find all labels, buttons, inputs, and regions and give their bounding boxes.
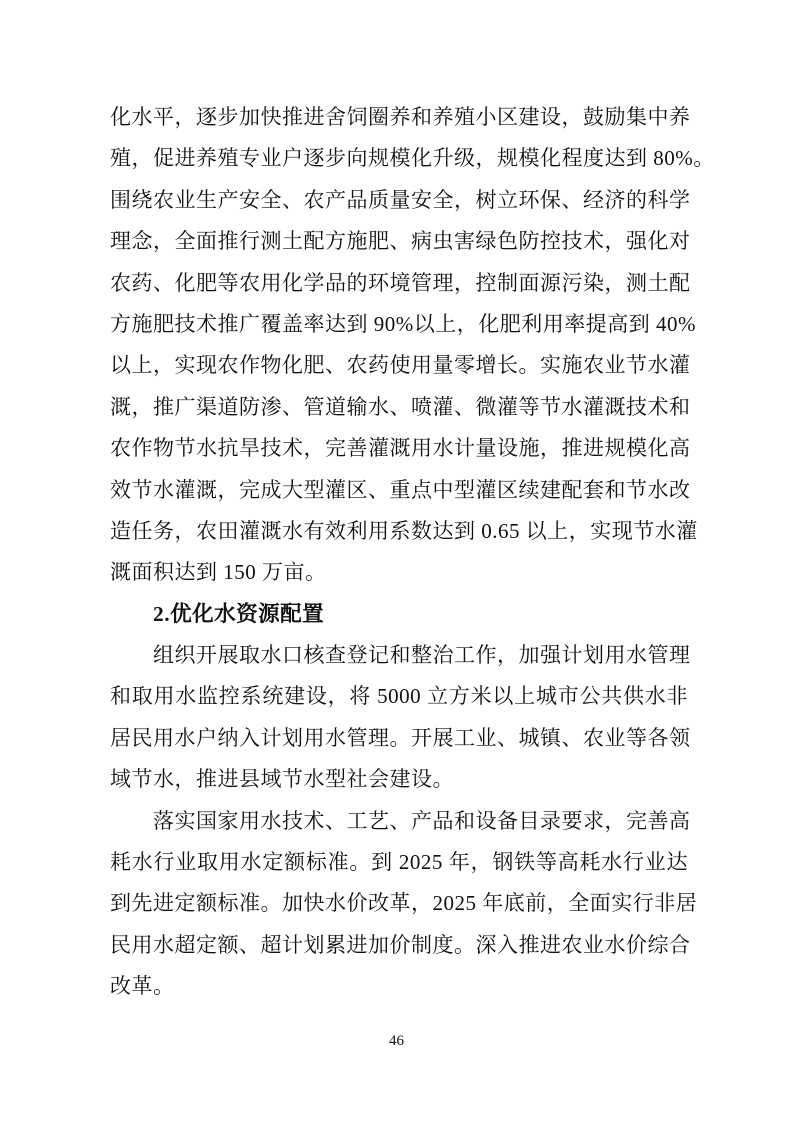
paragraph-line: 溉面积达到 150 万亩。 xyxy=(110,552,688,593)
paragraph-line: 农药、化肥等农用化学品的环境管理，控制面源污染，测土配 xyxy=(110,263,688,304)
paragraph-line: 到先进定额标准。加快水价改革，2025 年底前，全面实行非居 xyxy=(110,883,688,924)
paragraph-line: 效节水灌溉，完成大型灌区、重点中型灌区续建配套和节水改 xyxy=(110,470,688,511)
paragraph-line: 组织开展取水口核查登记和整治工作，加强计划用水管理 xyxy=(110,635,688,676)
paragraph-line: 农作物节水抗旱技术，完善灌溉用水计量设施，推进规模化高 xyxy=(110,428,688,469)
section-heading: 2.优化水资源配置 xyxy=(110,594,688,635)
paragraph-line: 和取用水监控系统建设，将 5000 立方米以上城市公共供水非 xyxy=(110,676,688,717)
paragraph-line: 落实国家用水技术、工艺、产品和设备目录要求，完善高 xyxy=(110,801,688,842)
paragraph-line: 以上，实现农作物化肥、农药使用量零增长。实施农业节水灌 xyxy=(110,345,688,386)
paragraph-line: 殖，促进养殖专业户逐步向规模化升级，规模化程度达到 80%。 xyxy=(110,138,688,179)
paragraph-line: 化水平，逐步加快推进舍饲圈养和养殖小区建设，鼓励集中养 xyxy=(110,97,688,138)
paragraph-line: 域节水，推进县域节水型社会建设。 xyxy=(110,759,688,800)
paragraph-3: 落实国家用水技术、工艺、产品和设备目录要求，完善高 耗水行业取用水定额标准。到 … xyxy=(110,801,688,1008)
paragraph-line: 居民用水户纳入计划用水管理。开展工业、城镇、农业等各领 xyxy=(110,718,688,759)
paragraph-line: 造任务，农田灌溉水有效利用系数达到 0.65 以上，实现节水灌 xyxy=(110,511,688,552)
paragraph-2: 组织开展取水口核查登记和整治工作，加强计划用水管理 和取用水监控系统建设，将 5… xyxy=(110,635,688,801)
page-number: 46 xyxy=(0,1031,793,1051)
document-text-block: 化水平，逐步加快推进舍饲圈养和养殖小区建设，鼓励集中养 殖，促进养殖专业户逐步向… xyxy=(110,97,688,1008)
paragraph-line: 耗水行业取用水定额标准。到 2025 年，钢铁等高耗水行业达 xyxy=(110,842,688,883)
paragraph-line: 理念，全面推行测土配方施肥、病虫害绿色防控技术，强化对 xyxy=(110,221,688,262)
paragraph-line: 民用水超定额、超计划累进加价制度。深入推进农业水价综合 xyxy=(110,925,688,966)
paragraph-line: 改革。 xyxy=(110,966,688,1007)
paragraph-1: 化水平，逐步加快推进舍饲圈养和养殖小区建设，鼓励集中养 殖，促进养殖专业户逐步向… xyxy=(110,97,688,594)
paragraph-line: 溉，推广渠道防渗、管道输水、喷灌、微灌等节水灌溉技术和 xyxy=(110,387,688,428)
document-page: 化水平，逐步加快推进舍饲圈养和养殖小区建设，鼓励集中养 殖，促进养殖专业户逐步向… xyxy=(0,0,793,1122)
paragraph-line: 方施肥技术推广覆盖率达到 90%以上，化肥利用率提高到 40% xyxy=(110,304,688,345)
paragraph-line: 围绕农业生产安全、农产品质量安全，树立环保、经济的科学 xyxy=(110,180,688,221)
